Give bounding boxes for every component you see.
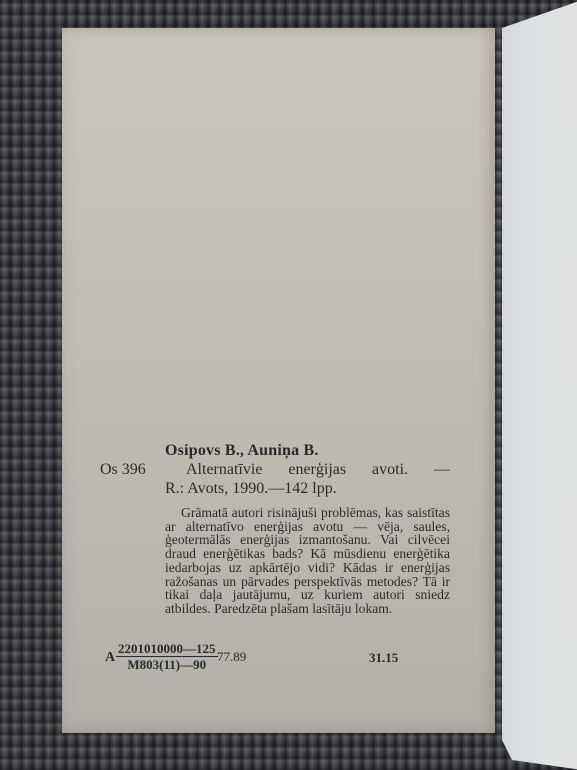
book-title: Alternatīvie enerģijas avoti. — bbox=[186, 461, 450, 479]
book-page: Osipovs B., Auniņa B. Os 396 Alternatīvi… bbox=[62, 28, 495, 733]
right-book-page bbox=[492, 0, 577, 770]
code-fraction: 2201010000—125 M803(11)—90 bbox=[116, 642, 218, 672]
code-suffix: 77.89 bbox=[217, 649, 246, 665]
publication-info: R.: Avots, 1990.—142 lpp. bbox=[165, 480, 337, 498]
code-denominator: M803(11)—90 bbox=[116, 657, 218, 672]
abstract: Grāmatā autori risinājuši problēmas, kas… bbox=[165, 506, 450, 616]
code-letter: A bbox=[105, 650, 115, 666]
classification-code: 31.15 bbox=[369, 650, 398, 666]
publication-codes: A 2201010000—125 M803(11)—90 77.89 31.15 bbox=[100, 642, 460, 674]
abstract-text: Grāmatā autori risinājuši problēmas, kas… bbox=[165, 506, 450, 616]
code-numerator: 2201010000—125 bbox=[116, 642, 218, 657]
call-number: Os 396 bbox=[100, 461, 146, 479]
authors: Osipovs B., Auniņa B. bbox=[165, 442, 319, 460]
